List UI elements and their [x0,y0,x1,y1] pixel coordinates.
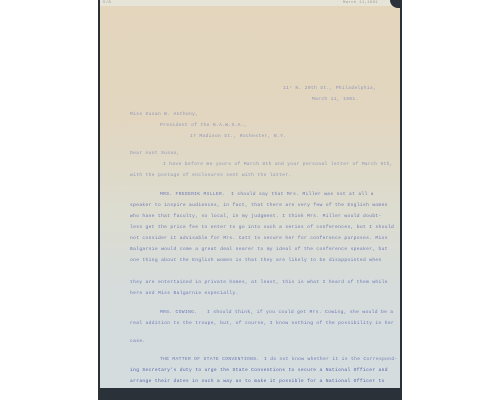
letter-date: March 11, 1901. [312,98,359,103]
paragraph-3-line: real addition to the troupe, but, of cou… [130,322,394,327]
paragraph-2-line: less get the price fee to enter to go in… [130,226,394,231]
recipient-name: Miss Susan B. Anthony, [130,113,198,118]
sender-address: 11° N. 20th St., Philadelphia, [283,87,376,92]
paragraph-4-line: I do not know whether it is the Correspo… [264,358,398,363]
section-heading-miller: MRS. FREDERIK MILLER. [160,193,225,198]
salutation: Dear Aunt Susan, [130,152,180,157]
paragraph-4-line: ing Secretary's duty to urge the State C… [130,369,388,374]
paragraph-2-line: they are entertained in private homes, a… [130,281,388,286]
section-heading-cowing: MRS. COWING. [160,311,197,316]
paragraph-2-line: Balgarnie would come a great deal nearer… [130,248,388,253]
section-heading-state-conventions: THE MATTER OF STATE CONVENTIONS. [160,358,259,363]
paragraph-1-line: I have before me yours of March 8th and … [163,163,393,168]
paragraph-2-line: speaker to inspire audiences, in fact, t… [130,204,388,209]
paragraph-3-line: I should think, if you could get Mrs. Co… [207,311,393,316]
paragraph-2-line: here and Miss Balgarnie especially. [130,292,239,297]
recipient-address: 17 Madison St., Rochester, N.Y. [190,135,286,140]
paragraph-1-line: with the postage of enclosures sent with… [130,174,292,179]
recipient-title: President of the N.A.W.S.A., [160,124,247,129]
paragraph-2-line: I should say that Mrs. Miller was not at… [231,193,374,198]
paragraph-2-line: who have that faculty, so local, in my j… [130,215,382,220]
paragraph-3-line: case. [130,340,146,345]
paragraph-2-line: not consider it advisable for Mrs. Catt … [130,237,388,242]
corner-note-left: 5/8 [103,1,111,5]
paragraph-2-line: one thing about the English women is tha… [130,259,382,264]
corner-note-right: March 11,1901 [343,1,378,5]
letter-page: 5/8 March 11,1901 11° N. 20th St., Phila… [100,0,400,388]
paragraph-4-line: arrange their dates in such a way as to … [130,380,385,385]
